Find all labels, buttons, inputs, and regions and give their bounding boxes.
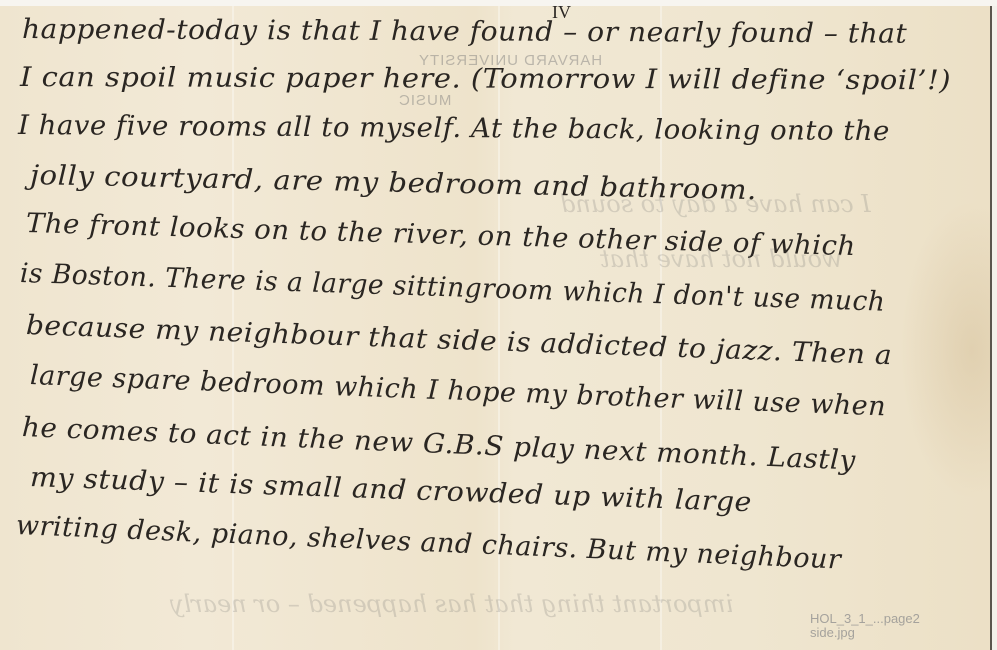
letter-line-4: jolly courtyard, are my bedroom and bath… xyxy=(30,160,758,206)
file-label-line-1: HOL_3_1_...page2 xyxy=(810,612,920,626)
ink-bleed-through: important thing that has happened – or n… xyxy=(170,590,733,618)
letter-line-2: I can spoil music paper here. (Tomorrow … xyxy=(20,62,951,96)
letterhead-mirrored-music: MUSIC xyxy=(398,92,451,109)
letter-page: HARVARD UNIVERSITY MUSIC I can have a da… xyxy=(0,0,992,650)
letter-line-7: because my neighbour that side is addict… xyxy=(25,310,892,371)
letter-line-10: my study – it is small and crowded up wi… xyxy=(29,462,752,518)
letter-line-8: large spare bedroom which I hope my brot… xyxy=(29,360,886,422)
file-label: HOL_3_1_...page2 side.jpg xyxy=(810,612,920,640)
scan-top-edge xyxy=(0,0,997,6)
paper-stain xyxy=(900,200,990,500)
letter-line-11: writing desk, piano, shelves and chairs.… xyxy=(15,510,842,576)
file-label-line-2: side.jpg xyxy=(810,626,920,640)
letter-line-1: happened-today is that I have found – or… xyxy=(22,14,907,50)
letter-line-3: I have five rooms all to myself. At the … xyxy=(18,110,890,147)
